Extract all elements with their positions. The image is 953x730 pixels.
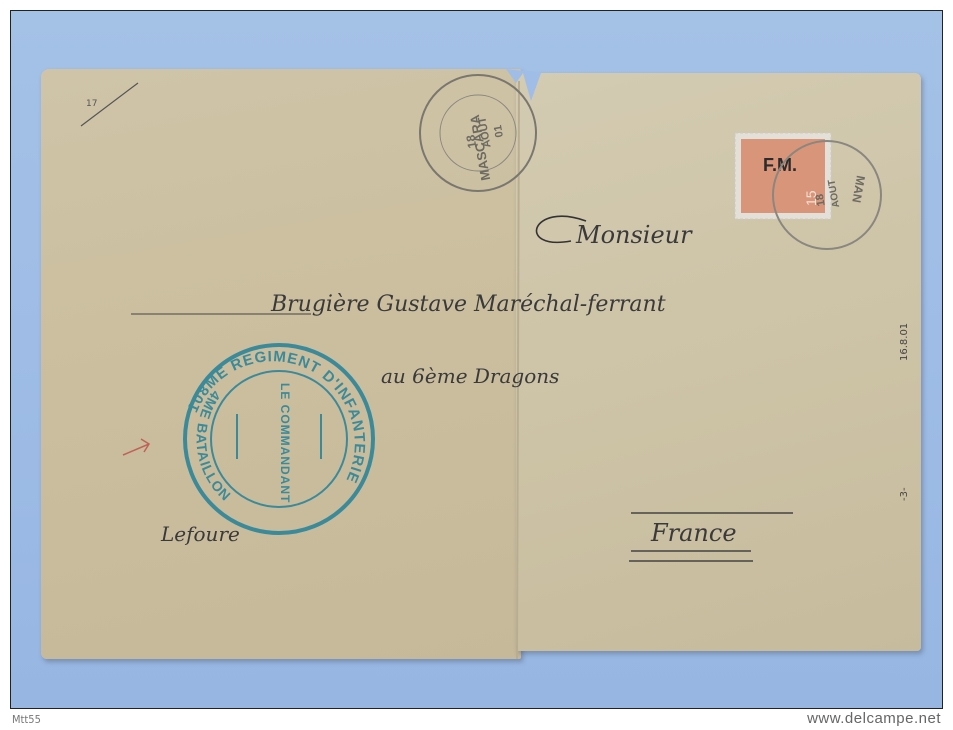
seller-name: Mtt55: [12, 713, 41, 726]
address-line2: au 6ème Dragons: [381, 364, 559, 388]
corner-mark: 17: [86, 99, 97, 109]
postmark-right-day: 18: [814, 193, 828, 207]
stamp-overprint: F.M.: [763, 155, 797, 175]
address-country: France: [650, 519, 737, 547]
envelope-markings: 17 MASCARA 18 AOUT 01 F.M. 15 MAN: [11, 11, 943, 709]
photo-frame: 17 MASCARA 18 AOUT 01 F.M. 15 MAN: [10, 10, 943, 709]
postmark-day: 18: [463, 133, 479, 149]
seal-center-text: LE COMMANDANT: [278, 383, 292, 503]
postmark-right-town: MAN: [849, 174, 868, 203]
site-watermark: www.delcampe.net: [807, 710, 941, 727]
red-arrow-mark: [123, 439, 149, 455]
side-mark: -3-: [899, 487, 910, 501]
address-salutation: Monsieur: [575, 221, 693, 249]
regiment-seal: 108ME REGIMENT D'INFANTERIE 4ME BATAILLO…: [184, 345, 373, 533]
handwritten-address: Monsieur Brugière Gustave Maréchal-ferra…: [131, 216, 793, 561]
postmark-year: 01: [492, 124, 506, 138]
side-date: 16.8.01: [899, 323, 910, 361]
address-line1: Brugière Gustave Maréchal-ferrant: [270, 292, 666, 317]
commander-signature: Lefoure: [160, 522, 240, 546]
